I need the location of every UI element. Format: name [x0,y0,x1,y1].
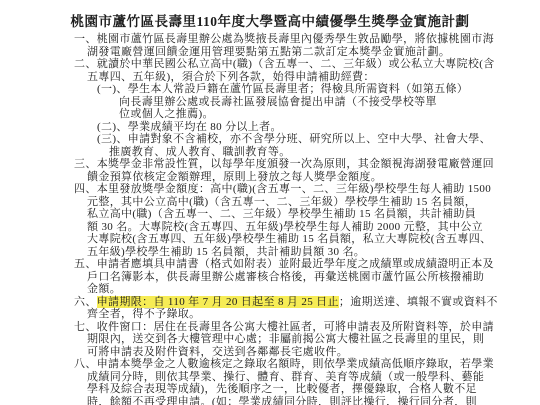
doc-line: 額 30 名。大專院校(含五專四、五年級)學校學生每人補助 2000 元整，其中… [0,221,540,234]
doc-line: (一)、學生本人常設戶籍在蘆竹區長壽里者；得檢具所需資料（如第五條） [0,83,540,96]
doc-line: 成績同分時，則依其學業、操行、體育、群育、美育等成績（或一般學科、藝能 [0,371,540,384]
doc-line: 學科及綜合表現等成績)，先後順序之一，比較優者，擇優錄取，合格人數不足 [0,383,540,396]
doc-text: ；逾期送達、填報不實或資料不 [339,296,498,308]
doc-text: 饋金預算依核定金額辦理，原則上發放之每人獎學金額度。 [87,171,382,183]
doc-line: 六、申請期限：自 110 年 7 月 20 日起至 8 月 25 日止；逾期送達… [0,296,540,309]
doc-text: (三)、申請對象不含補校，亦不含學分班、研究所以上、空中大學、社會大學、 [97,133,491,145]
doc-line: (三)、申請對象不含補校，亦不含學分班、研究所以上、空中大學、社會大學、 [0,133,540,146]
doc-text: 八、申請本獎學金之人數逾核定之錄取名額時，則依學業成績高低順序錄取，若學業 [74,358,494,370]
doc-text: 可將申請表及附件資料，交送到各鄰鄰長宅處收件。 [87,346,348,358]
doc-text: 推廣教育、成人教育、職訓教育等。 [109,146,291,158]
doc-line: 金額。 [0,283,540,296]
doc-line: 齊全者，得不予錄取。 [0,308,540,321]
doc-line: 時，餘額不再受理申請。(如：學業成績同分時，則評比操行，操行同分者，則 [0,396,540,405]
doc-text: 五、申請者應填具申請書（格式如附表）並附最近學年度之成績單或成績證明正本及 [74,258,494,270]
doc-text: 五專四、五年級)，須合於下列各款，始得申請補助經費： [87,71,375,83]
doc-line: 私立高中(職)（含五專一、二、三年級）學校學生補助 15 名員額，共計補助員 [0,208,540,221]
doc-line: 向長壽里辦公處或長壽社區發展協會提出申請（不接受學校等單 [0,96,540,109]
doc-text: 期限內，送交到各大樓管理中心處；非屬前揭公寓大樓社區之長壽里的里民，則 [87,333,484,345]
doc-text: 金額。 [87,283,121,295]
doc-line: 推廣教育、成人教育、職訓教育等。 [0,146,540,159]
doc-line: 七、收件窗口：居住在長壽里各公寓大樓社區者，可將申請表及所附資料等，於申請 [0,321,540,334]
doc-text: 元整，其中公立高中(職)（含五專一、二、三年級）學校學生補助 15 名員額， [87,196,476,208]
doc-text: 額 30 名。大專院校(含五專四、五年級)學校學生每人補助 2000 元整，其中… [87,221,483,233]
doc-line: 大專院校(含五專四、五年級)學校學生補助 15 名員額，私立大專院校(含五專四、 [0,233,540,246]
doc-text: 三、本獎學金非常設性質，以每學年度頒發一次為原則，其金額視海湖發電廠營運回 [74,158,494,170]
doc-line: 可將申請表及附件資料，交送到各鄰鄰長宅處收件。 [0,346,540,359]
doc-text: 向長壽里辦公處或長壽社區發展協會提出申請（不接受學校等單 [119,96,437,108]
doc-line: 八、申請本獎學金之人數逾核定之錄取名額時，則依學業成績高低順序錄取，若學業 [0,358,540,371]
doc-text: 戶口名簿影本，供長壽里辦公處審核合格後，再彙送桃園市蘆竹區公所核撥補助 [87,271,484,283]
doc-text: 位或個人之推薦)。 [119,108,214,120]
doc-text: 私立高中(職)（含五專一、二、三年級）學校學生補助 15 名員額，共計補助員 [87,208,476,220]
doc-body: 一、桃園市蘆竹區長壽里辦公處為獎掖長壽里內優秀學生敦品勵學，將依據桃園市海湖發電… [0,33,540,405]
doc-text: 四、本里發放獎學金額度：高中(職)(含五專一、二、三年級)學校學生每人補助 15… [74,183,491,195]
doc-text: 成績同分時，則依其學業、操行、體育、群育、美育等成績（或一般學科、藝能 [87,371,484,383]
doc-text: 齊全者，得不予錄取。 [87,308,201,320]
doc-line: 五專四、五年級)，須合於下列各款，始得申請補助經費： [0,71,540,84]
doc-line: 一、桃園市蘆竹區長壽里辦公處為獎掖長壽里內優秀學生敦品勵學，將依據桃園市海 [0,33,540,46]
doc-line: 湖發電廠營運回饋金運用管理要點第五點第二款訂定本獎學金實施計劃。 [0,46,540,59]
doc-text: 六、 [74,296,97,308]
doc-line: 戶口名簿影本，供長壽里辦公處審核合格後，再彙送桃園市蘆竹區公所核撥補助 [0,271,540,284]
doc-text: 時，餘額不再受理申請。(如：學業成績同分時，則評比操行，操行同分者，則 [87,396,477,405]
doc-title: 桃園市蘆竹區長壽里110年度大學暨高中績優學生獎學金實施計劃 [0,10,540,30]
doc-line: 二、就讀於中華民國公私立高中(職)（含五專一、二、三年級）或公私立大專院校(含 [0,58,540,71]
doc-text: 湖發電廠營運回饋金運用管理要點第五點第二款訂定本獎學金實施計劃。 [87,46,450,58]
doc-line: (二)、學業成績平均在 80 分以上者。 [0,121,540,134]
doc-line: 三、本獎學金非常設性質，以每學年度頒發一次為原則，其金額視海湖發電廠營運回 [0,158,540,171]
doc-line: 元整，其中公立高中(職)（含五專一、二、三年級）學校學生補助 15 名員額， [0,196,540,209]
doc-line: 期限內，送交到各大樓管理中心處；非屬前揭公寓大樓社區之長壽里的里民，則 [0,333,540,346]
doc-text: (一)、學生本人常設戶籍在蘆竹區長壽里者；得檢具所需資料（如第五條） [97,83,468,95]
doc-text: 學科及綜合表現等成績)，先後順序之一，比較優者，擇優錄取，合格人數不足 [87,383,477,395]
doc-text: 大專院校(含五專四、五年級)學校學生補助 15 名員額，私立大專院校(含五專四、 [87,233,492,245]
deadline-highlight: 申請期限：自 110 年 7 月 20 日起至 8 月 25 日止 [97,296,339,308]
doc-text: 二、就讀於中華民國公私立高中(職)（含五專一、二、三年級）或公私立大專院校(含 [74,58,495,70]
doc-text: (二)、學業成績平均在 80 分以上者。 [97,121,282,133]
doc-text: 一、桃園市蘆竹區長壽里辦公處為獎掖長壽里內優秀學生敦品勵學，將依據桃園市海 [74,33,494,45]
doc-text: 七、收件窗口：居住在長壽里各公寓大樓社區者，可將申請表及所附資料等，於申請 [74,321,494,333]
doc-line: 位或個人之推薦)。 [0,108,540,121]
document-page: 桃園市蘆竹區長壽里110年度大學暨高中績優學生獎學金實施計劃 一、桃園市蘆竹區長… [0,0,540,405]
doc-line: 四、本里發放獎學金額度：高中(職)(含五專一、二、三年級)學校學生每人補助 15… [0,183,540,196]
doc-line: 五年級)學校學生補助 15 名員額，共計補助員額 30 名。 [0,246,540,259]
doc-line: 饋金預算依核定金額辦理，原則上發放之每人獎學金額度。 [0,171,540,184]
doc-text: 五年級)學校學生補助 15 名員額，共計補助員額 30 名。 [87,246,365,258]
doc-line: 五、申請者應填具申請書（格式如附表）並附最近學年度之成績單或成績證明正本及 [0,258,540,271]
